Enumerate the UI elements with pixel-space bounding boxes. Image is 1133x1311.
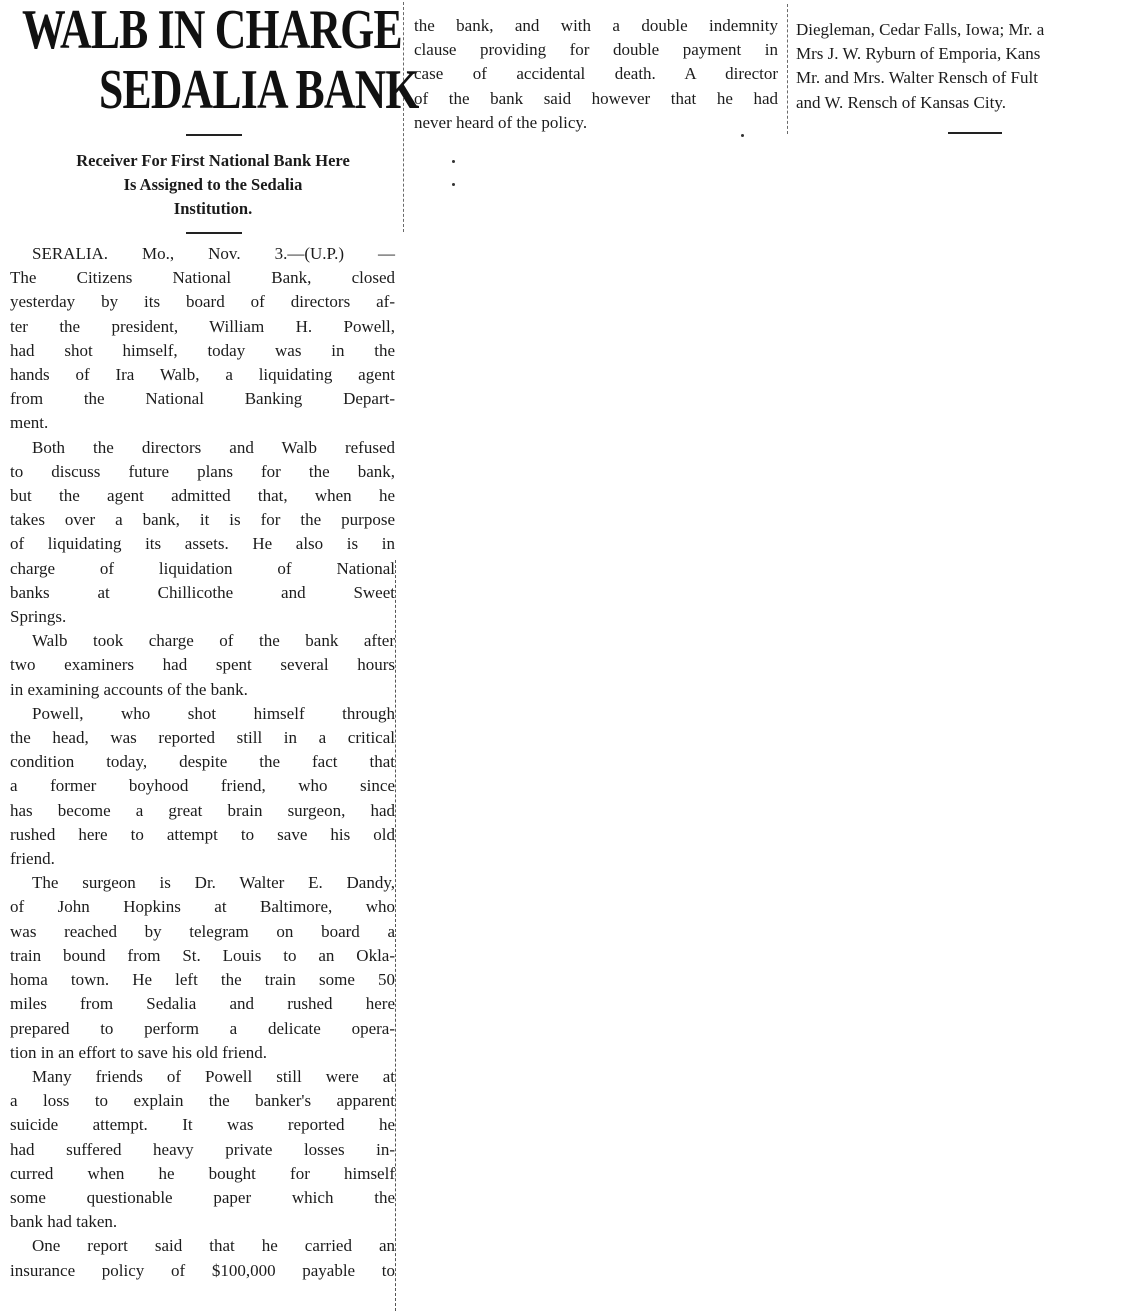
body-line: insurance policy of $100,000 payable to <box>10 1259 395 1283</box>
body-line: never heard of the policy. <box>414 111 778 135</box>
headline-line-2: SEDALIA BANK <box>99 60 419 120</box>
scan-speck <box>741 134 744 137</box>
body-line: the head, was reported still in a critic… <box>10 726 395 750</box>
body-line: of John Hopkins at Baltimore, who <box>10 895 395 919</box>
scan-speck <box>452 183 455 186</box>
headline-line-1: WALB IN CHARGE <box>22 0 402 60</box>
body-line: Springs. <box>10 605 395 629</box>
body-line: charge of liquidation of National <box>10 557 395 581</box>
snippet-end-rule <box>948 132 1002 134</box>
body-line: a loss to explain the banker's apparent <box>10 1089 395 1113</box>
body-line: tion in an effort to save his old friend… <box>10 1041 395 1065</box>
subhead-line: Receiver For First National Bank Here <box>26 149 400 173</box>
adjacent-column-snippet: Diegleman, Cedar Falls, Iowa; Mr. a Mrs … <box>796 18 1133 115</box>
body-line: takes over a bank, it is for the purpose <box>10 508 395 532</box>
body-line: a former boyhood friend, who since <box>10 774 395 798</box>
body-line: hands of Ira Walb, a liquidating agent <box>10 363 395 387</box>
subhead-line: Institution. <box>26 197 400 221</box>
subheadline: Receiver For First National Bank Here Is… <box>26 149 400 221</box>
body-line: Powell, who shot himself through <box>10 702 395 726</box>
body-line: case of accidental death. A director <box>414 62 778 86</box>
body-line: some questionable paper which the <box>10 1186 395 1210</box>
body-line: banks at Chillicothe and Sweet <box>10 581 395 605</box>
body-line: had suffered heavy private losses in- <box>10 1138 395 1162</box>
column-rule <box>787 4 788 134</box>
body-line: yesterday by its board of directors af- <box>10 290 395 314</box>
scan-speck <box>452 160 455 163</box>
body-line: miles from Sedalia and rushed here <box>10 992 395 1016</box>
headline-divider <box>186 134 242 136</box>
body-line: SERALIA. Mo., Nov. 3.—(U.P.) — <box>10 242 395 266</box>
snippet-line: Mrs J. W. Ryburn of Emporia, Kans <box>796 42 1133 66</box>
body-line: two examiners had spent several hours <box>10 653 395 677</box>
body-line: ment. <box>10 411 395 435</box>
body-line: has become a great brain surgeon, had <box>10 799 395 823</box>
body-line: One report said that he carried an <box>10 1234 395 1258</box>
subhead-divider <box>186 232 242 234</box>
body-line: in examining accounts of the bank. <box>10 678 395 702</box>
body-line: Walb took charge of the bank after <box>10 629 395 653</box>
body-line: condition today, despite the fact that <box>10 750 395 774</box>
body-line: of liquidating its assets. He also is in <box>10 532 395 556</box>
body-line: of the bank said however that he had <box>414 87 778 111</box>
snippet-line: and W. Rensch of Kansas City. <box>796 91 1133 115</box>
body-line: from the National Banking Depart- <box>10 387 395 411</box>
body-line: friend. <box>10 847 395 871</box>
body-line: clause providing for double payment in <box>414 38 778 62</box>
body-line: homa town. He left the train some 50 <box>10 968 395 992</box>
column-rule <box>395 560 396 1311</box>
body-line: prepared to perform a delicate opera- <box>10 1017 395 1041</box>
body-line: the bank, and with a double indemnity <box>414 14 778 38</box>
snippet-line: Diegleman, Cedar Falls, Iowa; Mr. a <box>796 18 1133 42</box>
subhead-line: Is Assigned to the Sedalia <box>26 173 400 197</box>
body-line: The Citizens National Bank, closed <box>10 266 395 290</box>
body-line: bank had taken. <box>10 1210 395 1234</box>
article-body-left-column: SERALIA. Mo., Nov. 3.—(U.P.) —The Citize… <box>10 242 395 1283</box>
body-line: had shot himself, today was in the <box>10 339 395 363</box>
article-body-continuation: the bank, and with a double indemnitycla… <box>414 14 778 135</box>
body-line: train bound from St. Louis to an Okla- <box>10 944 395 968</box>
body-line: to discuss future plans for the bank, <box>10 460 395 484</box>
body-line: Both the directors and Walb refused <box>10 436 395 460</box>
body-line: but the agent admitted that, when he <box>10 484 395 508</box>
body-line: curred when he bought for himself <box>10 1162 395 1186</box>
body-line: The surgeon is Dr. Walter E. Dandy, <box>10 871 395 895</box>
body-line: Many friends of Powell still were at <box>10 1065 395 1089</box>
snippet-line: Mr. and Mrs. Walter Rensch of Fult <box>796 66 1133 90</box>
body-line: suicide attempt. It was reported he <box>10 1113 395 1137</box>
body-line: rushed here to attempt to save his old <box>10 823 395 847</box>
body-line: was reached by telegram on board a <box>10 920 395 944</box>
body-line: ter the president, William H. Powell, <box>10 315 395 339</box>
